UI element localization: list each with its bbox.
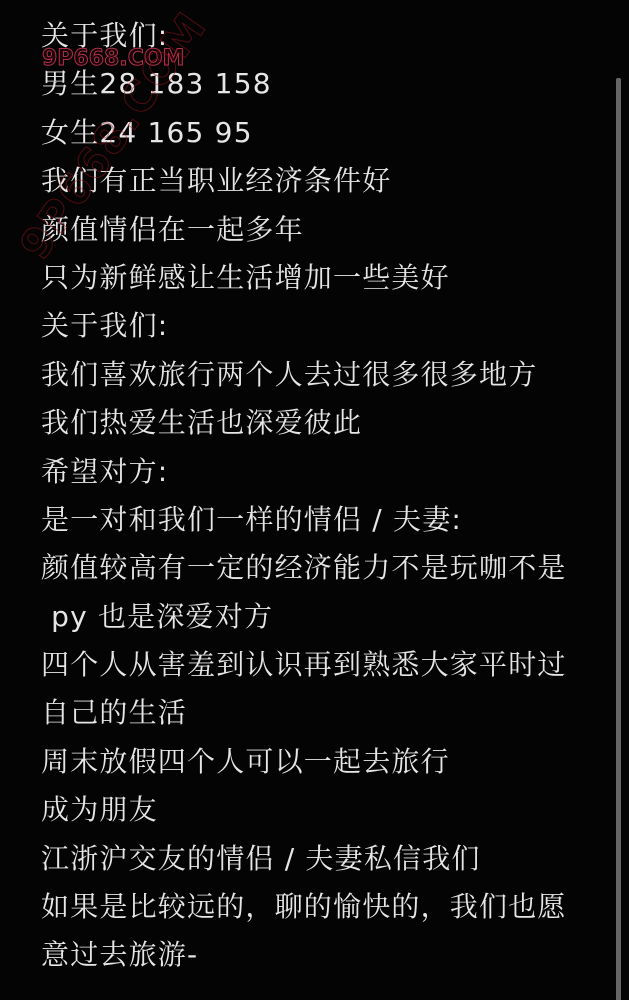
text-line: 如果是比较远的，聊的愉快的，我们也愿 [41,883,601,931]
text-line: 自己的生活 [41,689,601,737]
text-line: 我们热爱生活也深爱彼此 [41,399,601,447]
text-line: 我们喜欢旅行两个人去过很多很多地方 [41,351,601,399]
scrollbar-thumb[interactable] [616,78,621,1000]
text-line: 关于我们: [41,302,601,350]
text-line: 江浙沪交友的情侣 / 夫妻私信我们 [41,835,601,883]
text-line: 颜值情侣在一起多年 [41,206,601,254]
text-line: 周末放假四个人可以一起去旅行 [41,738,601,786]
text-line: 意过去旅游- [41,931,601,979]
text-line: 希望对方: [41,448,601,496]
text-line: 我们有正当职业经济条件好 [41,157,601,205]
text-line: 只为新鲜感让生活增加一些美好 [41,254,601,302]
text-line: 是一对和我们一样的情侣 / 夫妻: [41,496,601,544]
text-line: 四个人从害羞到认识再到熟悉大家平时过 [41,641,601,689]
text-line: py 也是深爱对方 [41,593,601,641]
text-line: 颜值较高有一定的经济能力不是玩咖不是 [41,544,601,592]
text-line: 成为朋友 [41,786,601,834]
